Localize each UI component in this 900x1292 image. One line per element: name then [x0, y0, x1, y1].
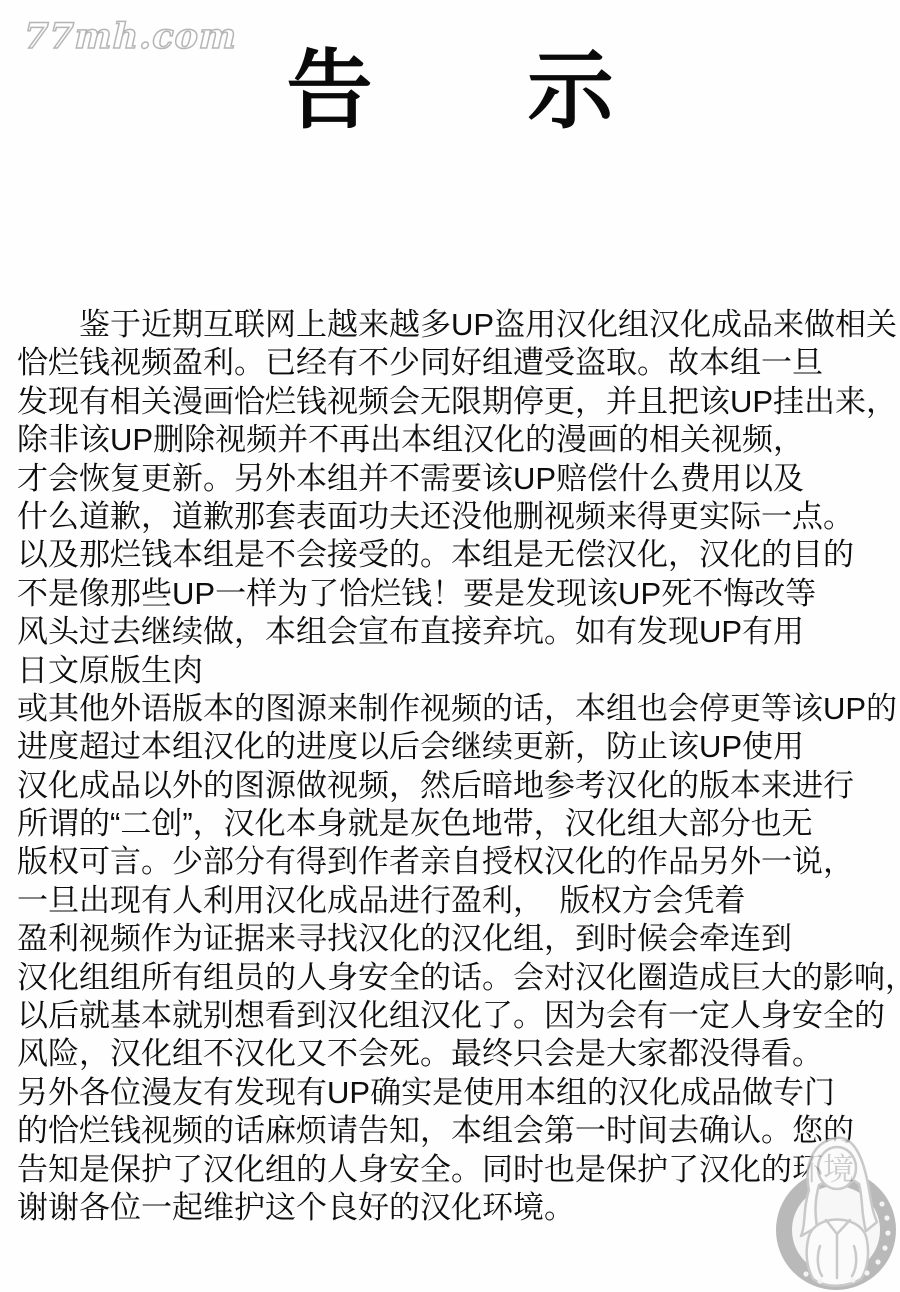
- page-title: 告 示: [0, 44, 900, 138]
- notice-line: 或其他外语版本的图源来制作视频的话，本组也会停更等该UP的: [17, 690, 897, 728]
- notice-line: 另外各位漫友有发现有UP确实是使用本组的汉化成品做专门: [17, 1074, 897, 1112]
- notice-line: 汉化组组所有组员的人身安全的话。会对汉化圈造成巨大的影响，: [17, 959, 897, 997]
- title-char-1: 告: [287, 44, 373, 138]
- notice-line: 风险，汉化组不汉化又不会死。最终只会是大家都没得看。: [17, 1035, 897, 1073]
- group-seal-figure-icon: [756, 1126, 900, 1292]
- notice-line: 一旦出现有人利用汉化成品进行盈利， 版权方会凭着: [17, 882, 897, 920]
- notice-page: 77mh.com 告 示 鉴于近期互联网上越来越多UP盗用汉化组汉化成品来做相关…: [0, 0, 900, 1292]
- notice-line: 以后就基本就别想看到汉化组汉化了。因为会有一定人身安全的: [17, 997, 897, 1035]
- notice-line: 版权可言。少部分有得到作者亲自授权汉化的作品另外一说，: [17, 843, 897, 881]
- notice-line: 盈利视频作为证据来寻找汉化的汉化组，到时候会牵连到: [17, 920, 897, 958]
- notice-line: 什么道歉，道歉那套表面功夫还没他删视频来得更实际一点。: [17, 498, 897, 536]
- notice-line: 日文原版生肉: [17, 652, 897, 690]
- notice-line: 进度超过本组汉化的进度以后会继续更新，防止该UP使用: [17, 728, 897, 766]
- notice-line: 恰烂钱视频盈利。已经有不少同好组遭受盗取。故本组一旦: [17, 344, 897, 382]
- notice-line: 以及那烂钱本组是不会接受的。本组是无偿汉化，汉化的目的: [17, 536, 897, 574]
- notice-line: 鉴于近期互联网上越来越多UP盗用汉化组汉化成品来做相关: [17, 306, 897, 344]
- notice-line: 不是像那些UP一样为了恰烂钱！要是发现该UP死不悔改等: [17, 575, 897, 613]
- notice-line: 汉化成品以外的图源做视频，然后暗地参考汉化的版本来进行: [17, 767, 897, 805]
- notice-line: 所谓的“二创”，汉化本身就是灰色地带，汉化组大部分也无: [17, 805, 897, 843]
- notice-line: 发现有相关漫画恰烂钱视频会无限期停更，并且把该UP挂出来，: [17, 383, 897, 421]
- notice-line: 除非该UP删除视频并不再出本组汉化的漫画的相关视频，: [17, 421, 897, 459]
- notice-body: 鉴于近期互联网上越来越多UP盗用汉化组汉化成品来做相关 恰烂钱视频盈利。已经有不…: [17, 306, 897, 1227]
- title-char-2: 示: [528, 44, 614, 138]
- notice-line: 风头过去继续做，本组会宣布直接弃坑。如有发现UP有用: [17, 613, 897, 651]
- notice-line: 才会恢复更新。另外本组并不需要该UP赔偿什么费用以及: [17, 460, 897, 498]
